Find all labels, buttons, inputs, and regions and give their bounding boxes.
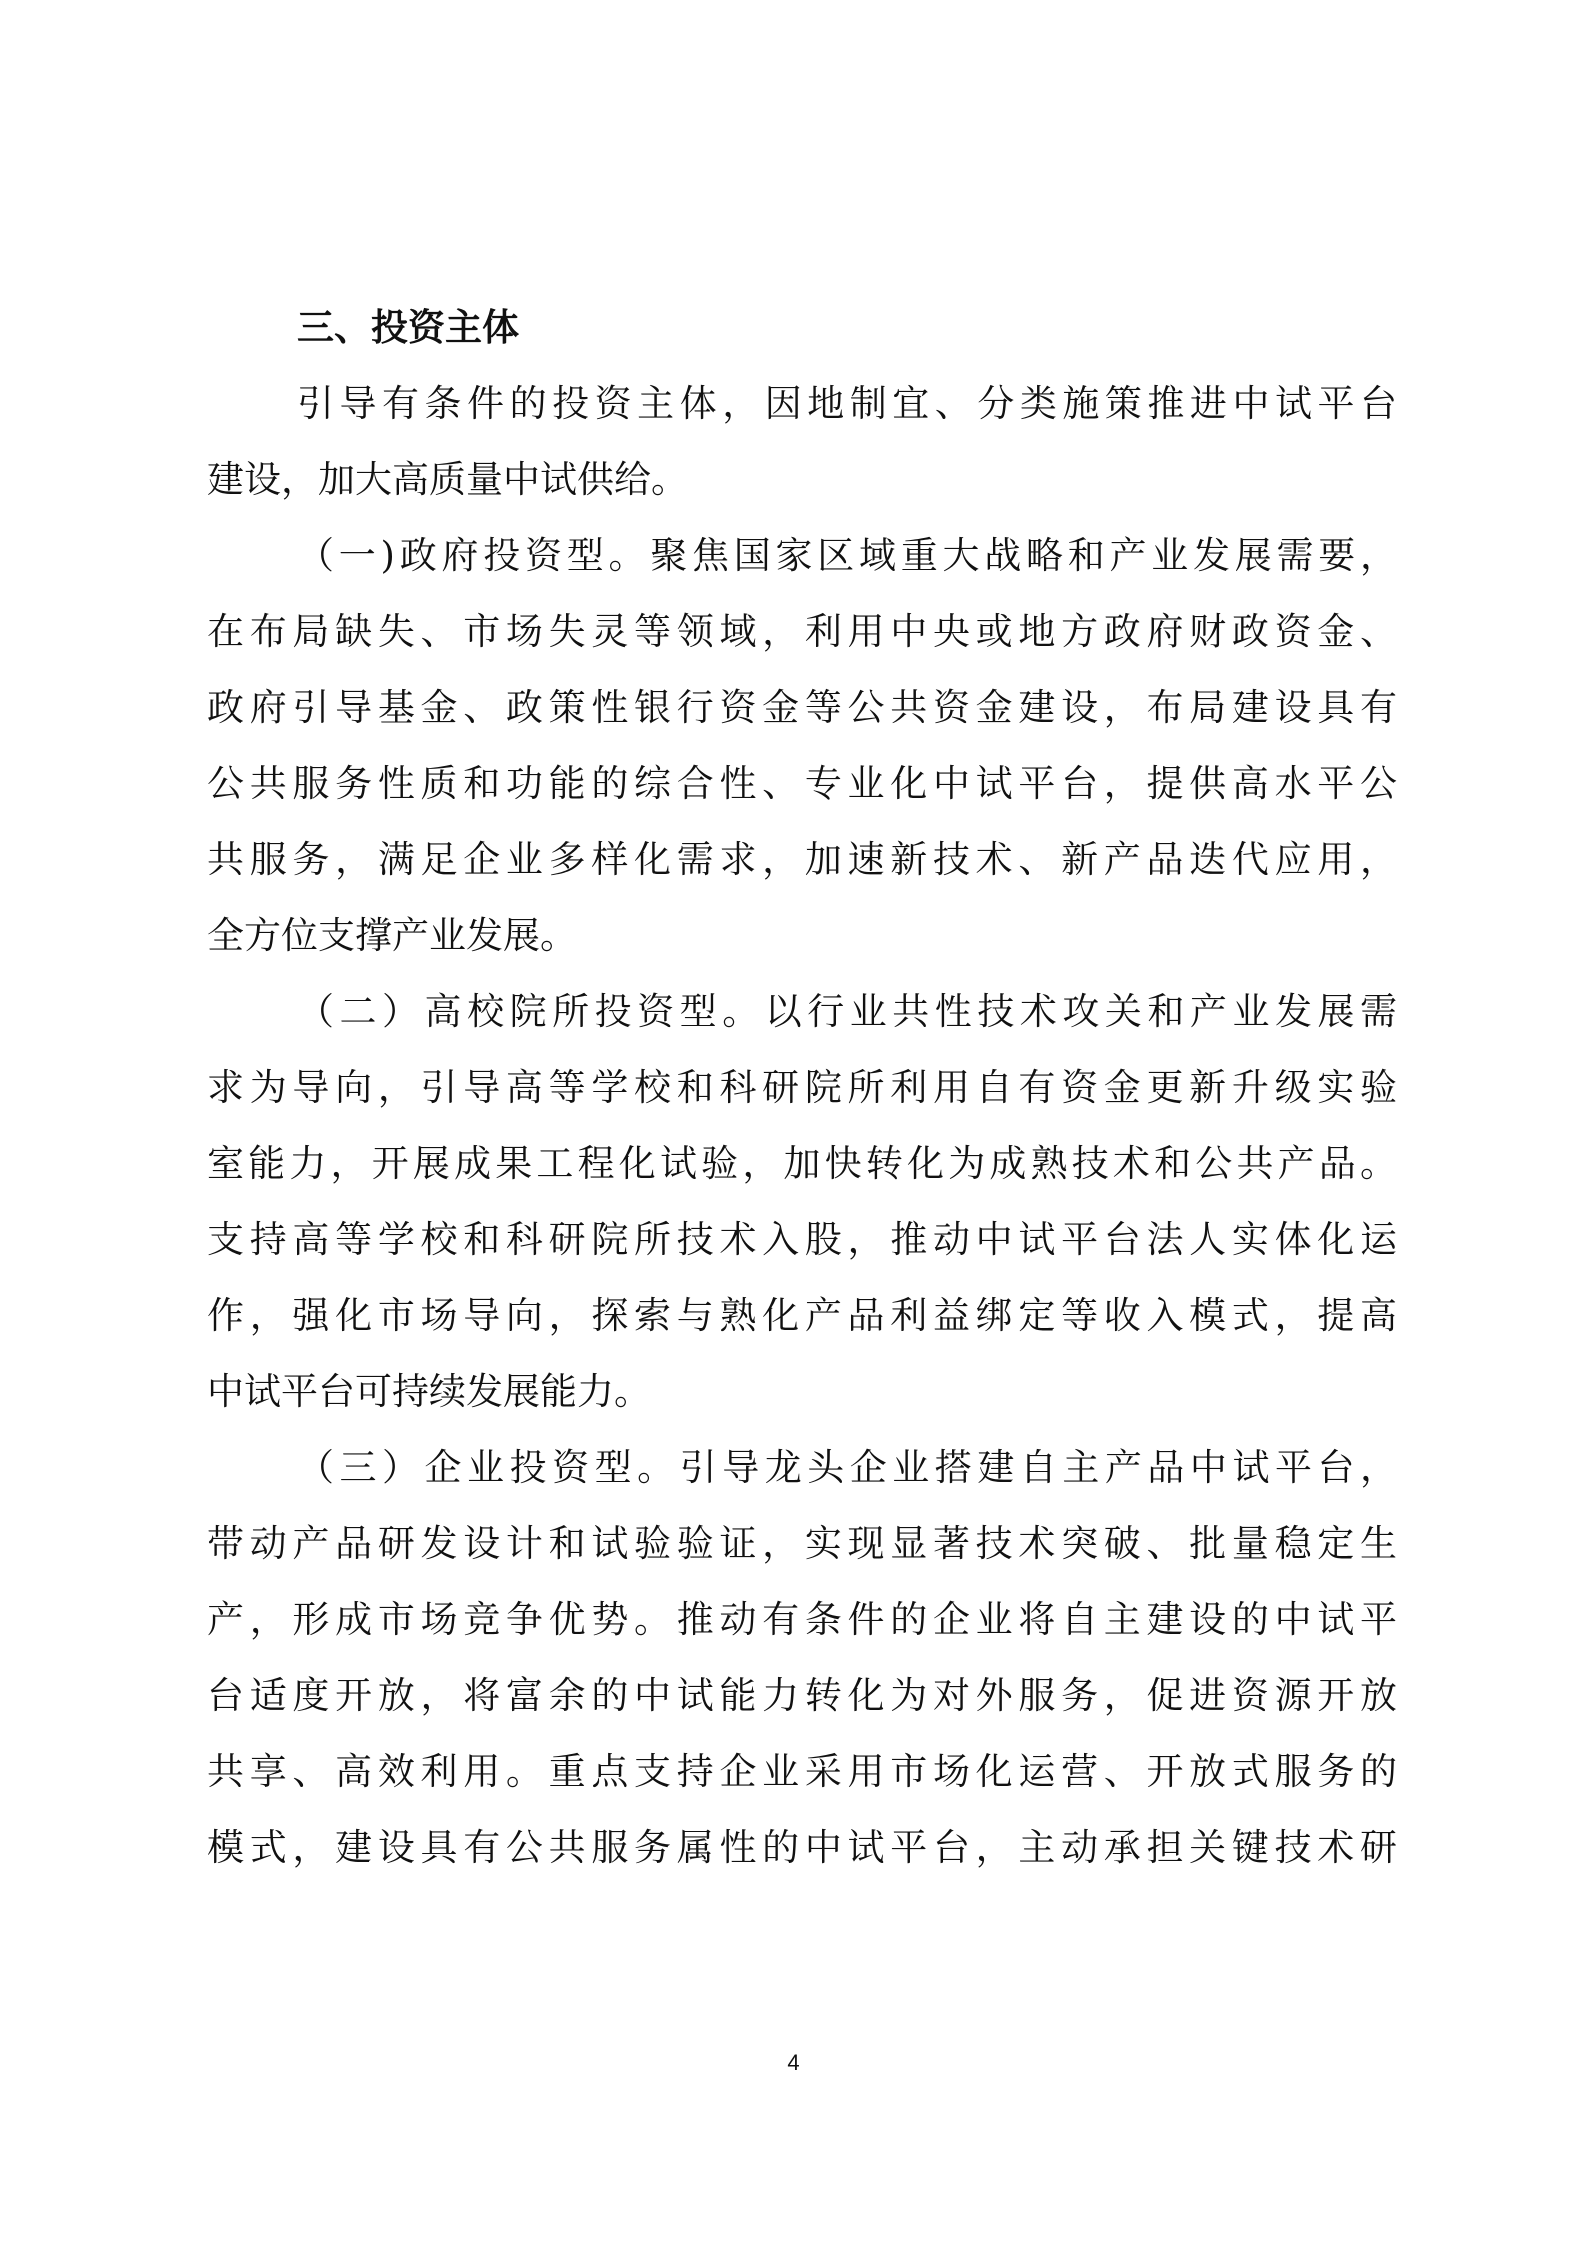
paragraph-enterprise-line: 模式，建设具有公共服务属性的中试平台，主动承担关键技术研 — [207, 1810, 1397, 1886]
paragraph-enterprise-line: 产，形成市场竞争优势。推动有条件的企业将自主建设的中试平 — [207, 1582, 1397, 1658]
paragraph-university-line: （二）高校院所投资型。以行业共性技术攻关和产业发展需 — [297, 974, 1397, 1050]
paragraph-enterprise-line: 带动产品研发设计和试验验证，实现显著技术突破、批量稳定生 — [207, 1506, 1397, 1582]
paragraph-university-line: 支持高等学校和科研院所技术入股，推动中试平台法人实体化运 — [207, 1202, 1397, 1278]
paragraph-government-line: 公共服务性质和功能的综合性、专业化中试平台，提供高水平公 — [207, 746, 1397, 822]
paragraph-university-line: 室能力，开展成果工程化试验，加快转化为成熟技术和公共产品。 — [207, 1126, 1397, 1202]
section-heading: 三、投资主体 — [297, 290, 519, 366]
paragraph-government-line: （一)政府投资型。聚焦国家区域重大战略和产业发展需要， — [297, 518, 1397, 594]
paragraph-government-line: 在布局缺失、市场失灵等领域，利用中央或地方政府财政资金、 — [207, 594, 1397, 670]
paragraph-university-line: 求为导向，引导高等学校和科研院所利用自有资金更新升级实验 — [207, 1050, 1397, 1126]
document-page: 三、投资主体 引导有条件的投资主体，因地制宜、分类施策推进中试平台 建设，加大高… — [0, 0, 1587, 2245]
paragraph-government-line: 政府引导基金、政策性银行资金等公共资金建设，布局建设具有 — [207, 670, 1397, 746]
paragraph-enterprise-line: 共享、高效利用。重点支持企业采用市场化运营、开放式服务的 — [207, 1734, 1397, 1810]
paragraph-enterprise-line: 台适度开放，将富余的中试能力转化为对外服务，促进资源开放 — [207, 1658, 1397, 1734]
paragraph-university-line: 中试平台可持续发展能力。 — [207, 1354, 1397, 1430]
paragraph-government-line: 全方位支撑产业发展。 — [207, 898, 1397, 974]
page-number: 4 — [0, 2050, 1587, 2076]
paragraph-enterprise-line: （三）企业投资型。引导龙头企业搭建自主产品中试平台， — [297, 1430, 1397, 1506]
intro-line: 引导有条件的投资主体，因地制宜、分类施策推进中试平台 — [297, 366, 1397, 442]
paragraph-university-line: 作，强化市场导向，探索与熟化产品利益绑定等收入模式，提高 — [207, 1278, 1397, 1354]
paragraph-government-line: 共服务，满足企业多样化需求，加速新技术、新产品迭代应用， — [207, 822, 1397, 898]
intro-line: 建设，加大高质量中试供给。 — [207, 442, 1397, 518]
